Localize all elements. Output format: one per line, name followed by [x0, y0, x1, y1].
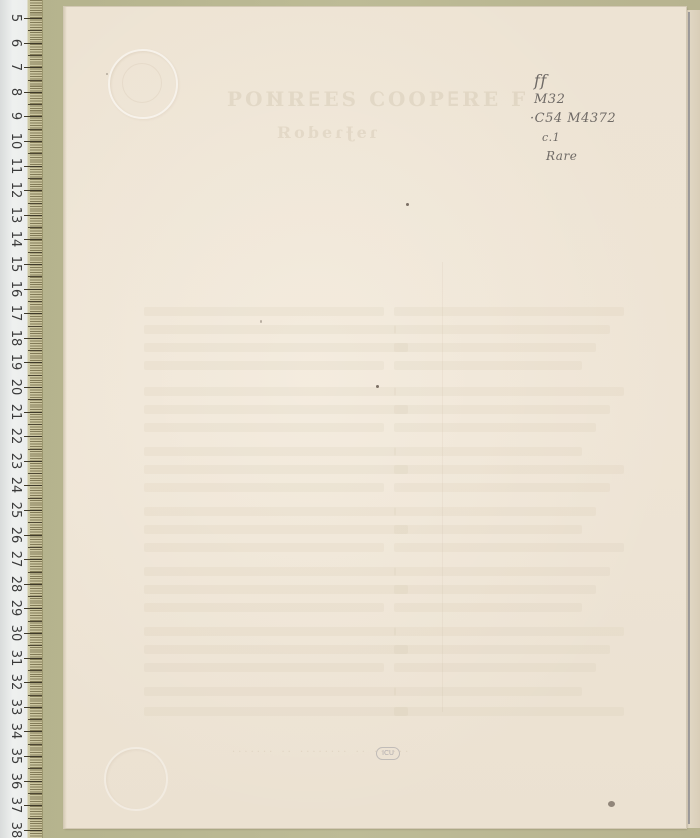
ruler-label: 19 — [7, 353, 23, 371]
shelfmark-line: Rare — [534, 147, 616, 166]
show-through-title: ꟻ ƎЯ∃ꟼOOƆ ƧƎ∃ЯИOꟼ — [224, 87, 525, 111]
page-gutter-line — [688, 12, 690, 824]
show-through-text-line — [394, 325, 610, 334]
ruler-half-tick — [28, 203, 42, 204]
ruler-label: 7 — [7, 58, 23, 76]
ruler-cm-tick — [24, 92, 42, 93]
ruler-half-tick — [28, 695, 42, 696]
show-through-text-line — [394, 687, 582, 696]
show-through-text-line — [394, 567, 610, 576]
ruler-half-tick — [28, 449, 42, 450]
ruler-label: 17 — [7, 304, 23, 322]
ruler-cm-tick — [24, 338, 42, 339]
show-through-text-line — [394, 627, 624, 636]
ruler-label: 6 — [7, 34, 23, 52]
ruler-half-tick — [28, 744, 42, 745]
ruler-label: 37 — [7, 796, 23, 814]
ruler-cm-tick — [24, 830, 42, 831]
ruler-label: 30 — [7, 624, 23, 642]
show-through-text-line — [144, 405, 408, 414]
ruler-half-tick — [28, 276, 42, 277]
shelfmark-line: c.1 — [534, 128, 616, 147]
ruler-label: 38 — [7, 821, 23, 838]
ruler-half-tick — [28, 719, 42, 720]
ruler-label: 28 — [7, 575, 23, 593]
ruler-label: 18 — [7, 329, 23, 347]
show-through-text-line — [394, 483, 610, 492]
ruler-cm-tick — [24, 215, 42, 216]
ruler-half-tick — [28, 818, 42, 819]
ruler-label: 8 — [7, 83, 23, 101]
show-through-text-line — [144, 585, 408, 594]
ruler-cm-tick — [24, 436, 42, 437]
ruler-cm-tick — [24, 239, 42, 240]
show-through-text-line — [144, 543, 384, 552]
show-through-text-line — [394, 543, 624, 552]
show-through-text-line — [394, 361, 582, 370]
show-through-text-line — [394, 585, 596, 594]
ruler-cm-tick — [24, 412, 42, 413]
ruler-cm-tick — [24, 67, 42, 68]
handwritten-shelfmark: ff M32 ·C54 M4372 c.1 Rare — [534, 71, 616, 166]
ruler-label: 15 — [7, 255, 23, 273]
show-through-text-line — [144, 645, 408, 654]
ruler-cm-tick — [24, 289, 42, 290]
show-through-text-line — [144, 707, 408, 716]
show-through-text-line — [144, 447, 396, 456]
ruler-label: 22 — [7, 427, 23, 445]
paper-stain — [608, 801, 615, 807]
document-page: ꟻ ƎЯ∃ꟼOOƆ ƧƎ∃ЯИOꟼ ɿɘɈɿɘdoЯ ······ ·· ···… — [64, 7, 686, 828]
ruler-half-tick — [28, 473, 42, 474]
show-through-text-line — [394, 507, 596, 516]
show-through-text-line — [144, 361, 384, 370]
show-through-text-line — [144, 483, 384, 492]
ruler-label: 13 — [7, 206, 23, 224]
show-through-text-line — [144, 307, 384, 316]
ruler-half-tick — [28, 768, 42, 769]
ruler-label: 14 — [7, 230, 23, 248]
show-through-text-line — [144, 627, 396, 636]
ruler-cm-tick — [24, 756, 42, 757]
ruler-half-tick — [28, 522, 42, 523]
show-through-text-line — [144, 343, 408, 352]
ruler-half-tick — [28, 645, 42, 646]
ruler-label: 23 — [7, 452, 23, 470]
show-through-text-line — [394, 343, 596, 352]
show-through-text-line — [394, 707, 624, 716]
ruler-half-tick — [28, 252, 42, 253]
ruler-half-tick — [28, 572, 42, 573]
ruler-half-tick — [28, 375, 42, 376]
shelfmark-line: M32 — [534, 90, 616, 109]
show-through-text-line — [394, 405, 610, 414]
ruler-half-tick — [28, 178, 42, 179]
ruler-label: 35 — [7, 747, 23, 765]
show-through-text-line — [144, 507, 396, 516]
ruler-label: 29 — [7, 599, 23, 617]
ruler-cm-tick — [24, 707, 42, 708]
ruler-cm-tick — [24, 535, 42, 536]
ruler-half-tick — [28, 153, 42, 154]
ruler-label: 10 — [7, 132, 23, 150]
show-through-text-line — [144, 325, 396, 334]
ruler-cm-tick — [24, 805, 42, 806]
ruler-half-tick — [28, 621, 42, 622]
ruler-half-tick — [28, 55, 42, 56]
ruler-half-tick — [28, 350, 42, 351]
show-through-text-line — [394, 603, 582, 612]
show-through-text-line — [394, 307, 624, 316]
paper-speck — [376, 385, 379, 388]
ruler-cm-tick — [24, 608, 42, 609]
ruler-cm-tick — [24, 116, 42, 117]
ruler-cm-tick — [24, 485, 42, 486]
ruler-cm-tick — [24, 731, 42, 732]
show-through-text-line — [394, 525, 582, 534]
ruler-label: 5 — [7, 9, 23, 27]
ruler-half-tick — [28, 227, 42, 228]
show-through-text-line — [144, 567, 396, 576]
shelfmark-line: ff — [534, 71, 616, 90]
show-through-text-line — [394, 645, 610, 654]
show-through-text-line — [144, 423, 384, 432]
ruler-cm-tick — [24, 461, 42, 462]
show-through-subtitle: ɿɘɈɿɘdoЯ — [274, 123, 377, 142]
show-through-text-line — [394, 465, 624, 474]
ruler-half-tick — [28, 670, 42, 671]
show-through-text-line — [394, 663, 596, 672]
embossed-seal-icon — [108, 49, 178, 119]
page-edge — [64, 7, 67, 828]
ruler-label: 31 — [7, 649, 23, 667]
measuring-ruler: 5678910111213141516171819202122232425262… — [0, 0, 43, 838]
paper-speck — [260, 320, 262, 323]
show-through-text-line — [394, 387, 624, 396]
show-through-text-line — [144, 465, 408, 474]
ruler-label: 11 — [7, 157, 23, 175]
ruler-half-tick — [28, 424, 42, 425]
ruler-label: 9 — [7, 107, 23, 125]
ruler-half-tick — [28, 399, 42, 400]
ruler-label: 25 — [7, 501, 23, 519]
show-through-text-line — [144, 687, 396, 696]
ruler-cm-tick — [24, 633, 42, 634]
ruler-cm-tick — [24, 43, 42, 44]
show-through-text-line — [394, 423, 596, 432]
ruler-cm-tick — [24, 584, 42, 585]
ruler-minor-ticks — [30, 0, 42, 838]
ruler-label: 26 — [7, 526, 23, 544]
library-stamp: ICU — [376, 747, 400, 760]
ruler-cm-tick — [24, 264, 42, 265]
embossed-seal-bottom-icon — [104, 747, 168, 811]
ruler-half-tick — [28, 498, 42, 499]
ruler-cm-tick — [24, 781, 42, 782]
show-through-text-line — [394, 447, 582, 456]
ruler-half-tick — [28, 104, 42, 105]
ruler-half-tick — [28, 547, 42, 548]
ruler-label: 32 — [7, 673, 23, 691]
ruler-half-tick — [28, 301, 42, 302]
ruler-cm-tick — [24, 559, 42, 560]
ruler-half-tick — [28, 793, 42, 794]
ruler-half-tick — [28, 596, 42, 597]
ruler-half-tick — [28, 326, 42, 327]
ruler-cm-tick — [24, 387, 42, 388]
paper-speck — [406, 203, 409, 206]
ruler-cm-tick — [24, 313, 42, 314]
ruler-cm-tick — [24, 658, 42, 659]
ruler-cm-tick — [24, 141, 42, 142]
show-through-text-line — [144, 525, 408, 534]
ruler-label: 21 — [7, 403, 23, 421]
ruler-half-tick — [28, 80, 42, 81]
ruler-half-tick — [28, 30, 42, 31]
ruler-label: 33 — [7, 698, 23, 716]
ruler-label: 34 — [7, 722, 23, 740]
ruler-label: 24 — [7, 476, 23, 494]
ruler-label: 27 — [7, 550, 23, 568]
ruler-cm-tick — [24, 362, 42, 363]
show-through-text-line — [144, 663, 384, 672]
ruler-label: 12 — [7, 181, 23, 199]
ruler-cm-tick — [24, 190, 42, 191]
ruler-cm-tick — [24, 166, 42, 167]
paper-speck — [106, 73, 108, 75]
ruler-half-tick — [28, 129, 42, 130]
ruler-cm-tick — [24, 510, 42, 511]
ruler-label: 16 — [7, 280, 23, 298]
ruler-cm-tick — [24, 18, 42, 19]
ruler-cm-tick — [24, 682, 42, 683]
show-through-text-line — [144, 387, 396, 396]
ruler-label: 36 — [7, 772, 23, 790]
show-through-text-line — [144, 603, 384, 612]
ruler-label: 20 — [7, 378, 23, 396]
shelfmark-line: ·C54 M4372 — [530, 109, 616, 128]
